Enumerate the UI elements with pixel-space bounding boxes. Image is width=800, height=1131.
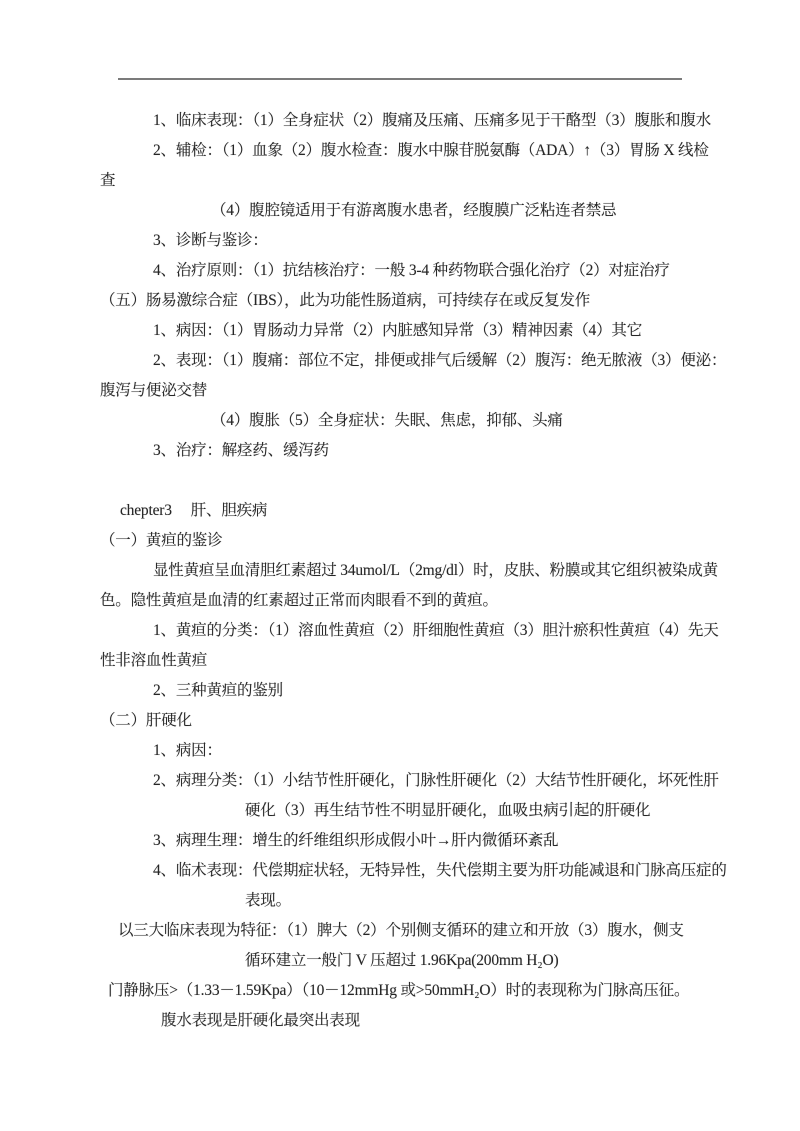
doc-line: 2、辅检：（1）血象（2）腹水检查：腹水中腺苷脱氨酶（ADA）↑（3）胃肠 X … [100, 136, 712, 166]
doc-line: 1、病因：（1）胃肠动力异常（2）内脏感知异常（3）精神因素（4）其它 [100, 316, 712, 346]
section-heading: （一）黄疸的鉴诊 [100, 526, 712, 556]
doc-line: 2、病理分类：（1）小结节性肝硬化，门脉性肝硬化（2）大结节性肝硬化，坏死性肝 [100, 766, 712, 796]
doc-line: 3、诊断与鉴诊： [100, 226, 712, 256]
doc-line: 表现。 [100, 886, 712, 916]
doc-line: 腹泻与便泌交替 [100, 376, 712, 406]
blank-line [100, 466, 712, 496]
doc-line: 3、治疗：解痉药、缓泻药 [100, 436, 712, 466]
document-body: 1、临床表现：（1）全身症状（2）腹痛及压痛、压痛多见于干酪型（3）腹胀和腹水 … [100, 106, 712, 1036]
doc-line: 2、三种黄疸的鉴别 [100, 676, 712, 706]
doc-line: 4、治疗原则：（1）抗结核治疗：一般 3-4 种药物联合强化治疗（2）对症治疗 [100, 256, 712, 286]
doc-line: 腹水表现是肝硬化最突出表现 [100, 1006, 712, 1036]
doc-line: 3、病理生理：增生的纤维组织形成假小叶→肝内微循环紊乱 [100, 826, 712, 856]
doc-line: 1、临床表现：（1）全身症状（2）腹痛及压痛、压痛多见于干酪型（3）腹胀和腹水 [100, 106, 712, 136]
section-heading: （二）肝硬化 [100, 706, 712, 736]
doc-line: （4）腹腔镜适用于有游离腹水患者，经腹膜广泛粘连者禁忌 [100, 196, 712, 226]
doc-line: 1、黄疸的分类：（1）溶血性黄疸（2）肝细胞性黄疸（3）胆汁瘀积性黄疸（4）先天 [100, 616, 712, 646]
doc-line: 色。隐性黄疸是血清的红素超过正常而肉眼看不到的黄疸。 [100, 586, 712, 616]
page-sheet: 1、临床表现：（1）全身症状（2）腹痛及压痛、压痛多见于干酪型（3）腹胀和腹水 … [0, 0, 800, 1131]
doc-line: 查 [100, 166, 712, 196]
document-page: { "page": { "background_color": "#ffffff… [0, 0, 800, 1131]
doc-line: 以三大临床表现为特征：（1）脾大（2）个别侧支循环的建立和开放（3）腹水，侧支 [100, 916, 712, 946]
doc-line: 硬化（3）再生结节性不明显肝硬化，血吸虫病引起的肝硬化 [100, 796, 712, 826]
header-rule [118, 78, 682, 80]
doc-line: （4）腹胀（5）全身症状：失眠、焦虑，抑郁、头痛 [100, 406, 712, 436]
doc-line: 2、表现：（1）腹痛：部位不定，排便或排气后缓解（2）腹泻：绝无脓液（3）便泌： [100, 346, 712, 376]
doc-line: 循环建立一般门 V 压超过 1.96Kpa(200mm H₂O) [100, 946, 712, 976]
doc-line: 4、临术表现：代偿期症状轻，无特异性，失代偿期主要为肝功能减退和门脉高压症的 [100, 856, 712, 886]
doc-line: 性非溶血性黄疸 [100, 646, 712, 676]
doc-line: 门静脉压>（1.33－1.59Kpa）（10－12mmHg 或>50mmH₂O）… [100, 976, 712, 1006]
doc-line: 显性黄疸呈血清胆红素超过 34umol/L（2mg/dl）时，皮肤、粉膜或其它组… [100, 556, 712, 586]
doc-line: （五）肠易激综合症（IBS），此为功能性肠道病，可持续存在或反复发作 [100, 286, 712, 316]
chapter-heading: chepter3 肝、胆疾病 [100, 496, 712, 526]
doc-line: 1、病因： [100, 736, 712, 766]
